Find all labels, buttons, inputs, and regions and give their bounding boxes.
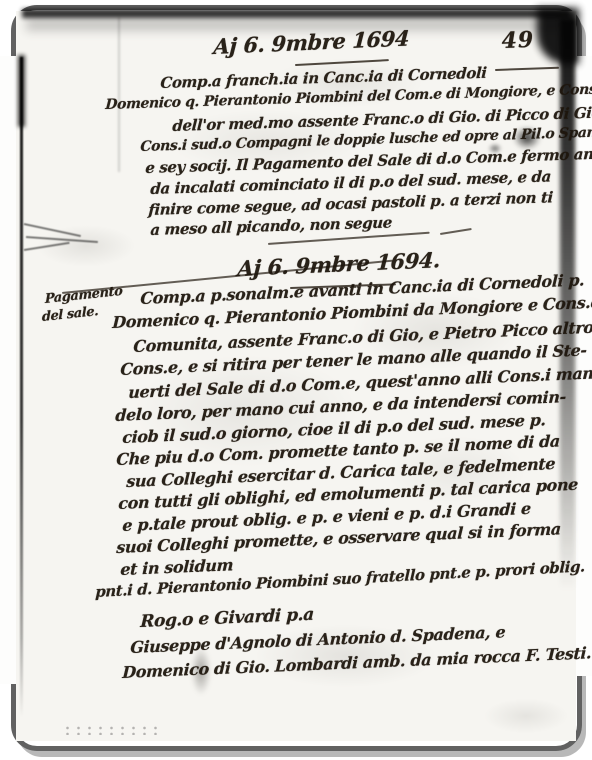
paper-fold-line	[118, 17, 120, 172]
entry1-date-header: Aj 6. 9mbre 1694	[213, 27, 410, 57]
page-edge-top-fade	[26, 17, 566, 31]
page-number-underline	[495, 67, 559, 71]
page-edge-left-top	[18, 55, 25, 127]
rogation-line: Rog.o e Givardi p.a	[140, 607, 314, 631]
dust-specks	[62, 725, 157, 735]
page-edge-top	[22, 9, 570, 18]
frame-cover-left	[0, 56, 17, 684]
margin-note-line: Pagamento	[45, 285, 123, 306]
scanned-document-viewer: 49 Aj 6. 9mbre 1694 Comp.a franch.ia in …	[0, 0, 592, 760]
page-number: 49	[501, 29, 534, 52]
edge-artifact	[24, 242, 70, 251]
edge-artifact	[24, 223, 81, 237]
entry2-date-header: Aj 6. 9mbre 1694.	[237, 249, 441, 279]
closing-flourish-dash	[440, 228, 472, 234]
margin-note-line: del sale.	[42, 305, 99, 324]
manuscript-line: a meso all picando, non segue	[150, 215, 392, 238]
entry1-header-underline	[295, 59, 389, 66]
page-edge-top-right	[537, 8, 579, 64]
manuscript-line: et in solidum	[120, 557, 233, 578]
manuscript-page: 49 Aj 6. 9mbre 1694 Comp.a franch.ia in …	[16, 11, 576, 741]
page-edge-left	[20, 57, 23, 717]
